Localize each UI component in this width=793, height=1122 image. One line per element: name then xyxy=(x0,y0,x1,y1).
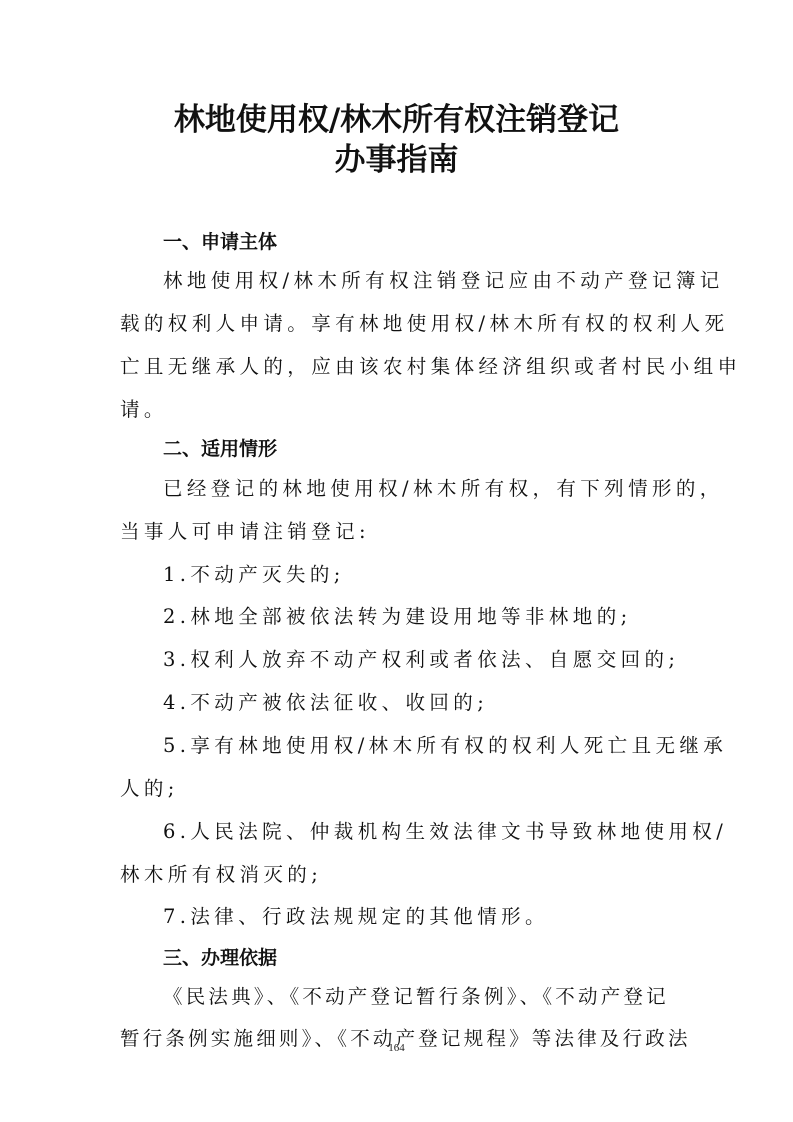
paragraph-line: 亡且无继承人的，应由该农村集体经济组织或者村民小组申 xyxy=(120,354,680,380)
section-heading-legal-basis: 三、办理依据 xyxy=(163,945,277,971)
document-title-line1: 林地使用权/林木所有权注销登记 xyxy=(0,100,793,140)
paragraph-line: 已经登记的林地使用权/林木所有权，有下列情形的， xyxy=(163,476,723,502)
list-item: 3.权利人放弃不动产权利或者依法、自愿交回的; xyxy=(163,647,723,673)
paragraph-line: 《民法典》、《不动产登记暂行条例》、《不动产登记 xyxy=(163,984,723,1010)
paragraph-line: 载的权利人申请。享有林地使用权/林木所有权的权利人死 xyxy=(120,311,680,337)
page-number: 164 xyxy=(0,1042,793,1054)
list-item: 5.享有林地使用权/林木所有权的权利人死亡且无继承 xyxy=(163,733,723,759)
list-item: 6.人民法院、仲裁机构生效法律文书导致林地使用权/ xyxy=(163,819,723,845)
document-page: 林地使用权/林木所有权注销登记 办事指南 一、申请主体 林地使用权/林木所有权注… xyxy=(0,0,793,1122)
list-item: 2.林地全部被依法转为建设用地等非林地的; xyxy=(163,604,723,630)
list-item: 4.不动产被依法征收、收回的; xyxy=(163,690,723,716)
list-item: 7.法律、行政法规规定的其他情形。 xyxy=(163,904,723,930)
paragraph-line: 林地使用权/林木所有权注销登记应由不动产登记簿记 xyxy=(163,268,723,294)
list-item-continuation: 人的; xyxy=(120,776,680,802)
list-item: 1.不动产灭失的; xyxy=(163,562,723,588)
paragraph-line: 请。 xyxy=(120,397,680,423)
paragraph-line: 当事人可申请注销登记: xyxy=(120,519,680,545)
list-item-continuation: 林木所有权消灭的; xyxy=(120,862,680,888)
section-heading-applicable-cases: 二、适用情形 xyxy=(163,436,277,462)
document-title-line2: 办事指南 xyxy=(0,140,793,180)
section-heading-applicant: 一、申请主体 xyxy=(163,229,277,255)
